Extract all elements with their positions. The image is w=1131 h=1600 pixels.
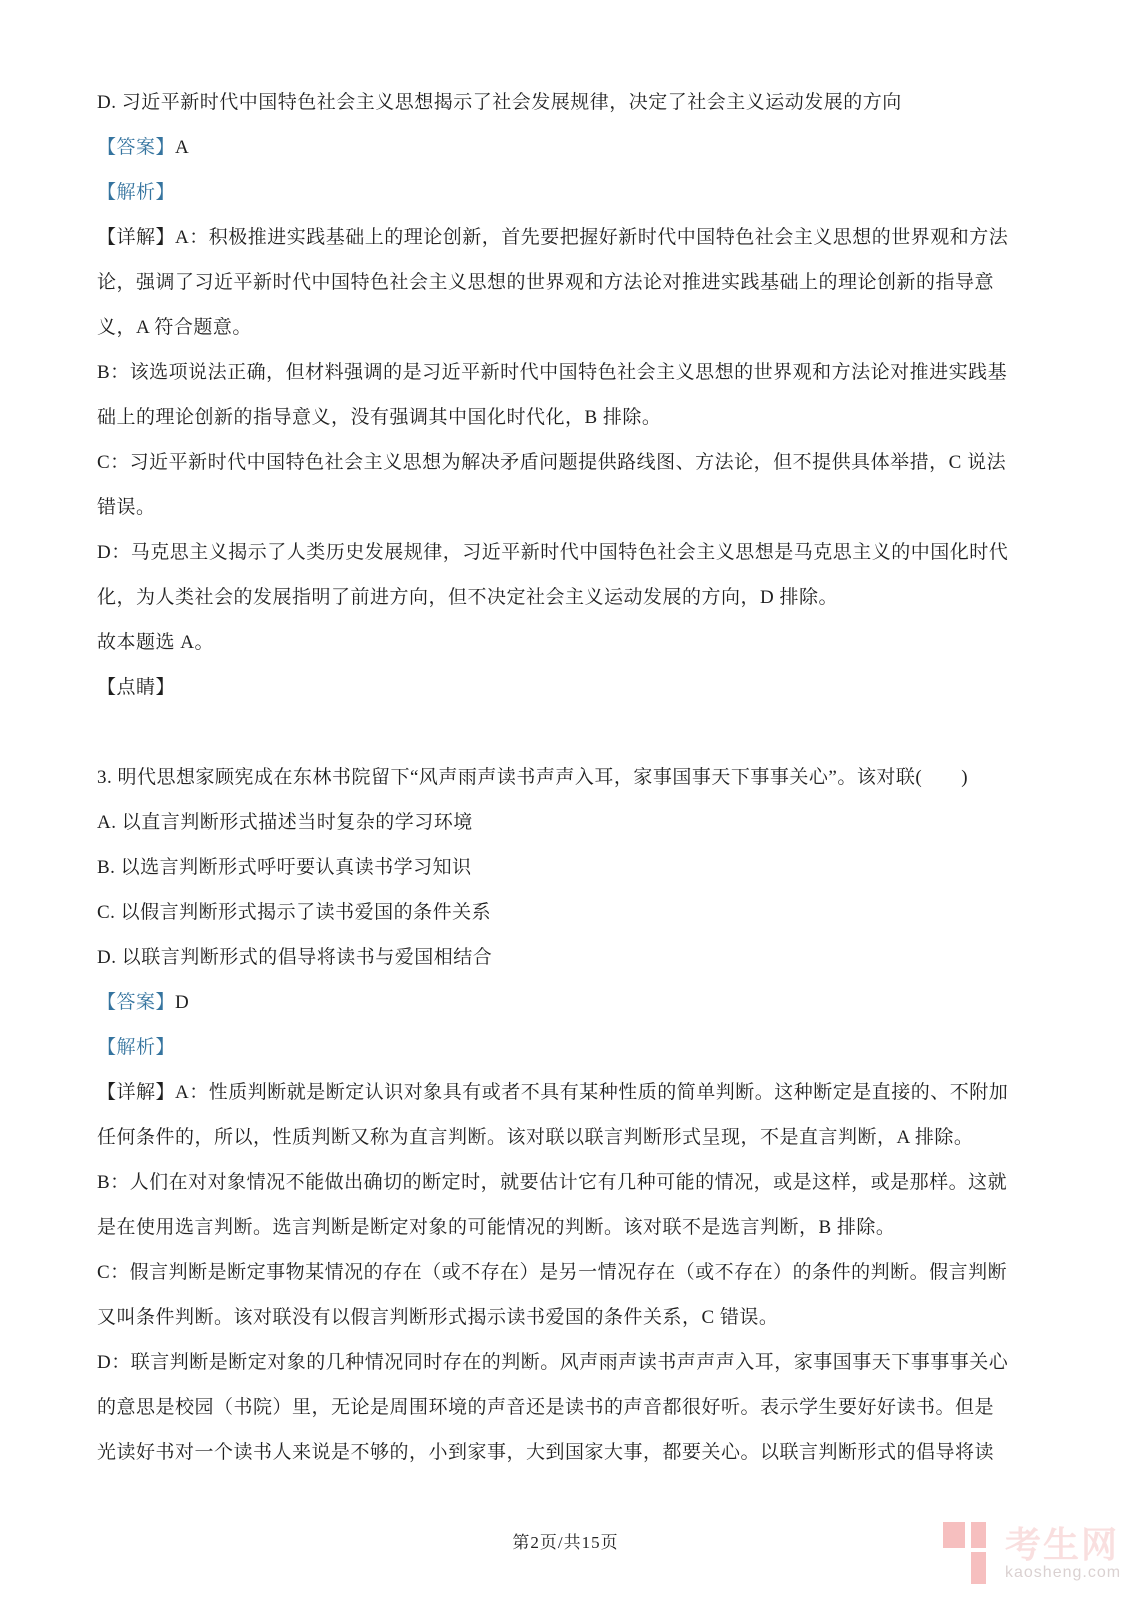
- option-line-a-q3: A. 以直言判断形式描述当时复杂的学习环境: [97, 800, 1037, 845]
- detail-line: B：人们在对对象情况不能做出确切的断定时，就要估计它有几种可能的情况，或是这样，…: [97, 1160, 1037, 1205]
- option-line-b-q3: B. 以选言判断形式呼吁要认真读书学习知识: [97, 845, 1037, 890]
- question-3-stem: 3. 明代思想家顾宪成在东林书院留下“风声雨声读书声声入耳，家事国事天下事事关心…: [97, 755, 1037, 800]
- bracket-label: 【解析】: [97, 1037, 175, 1058]
- analysis-label-line-q3: 【解析】: [97, 1025, 1037, 1070]
- document-page: D. 习近平新时代中国特色社会主义思想揭示了社会发展规律，决定了社会主义运动发展…: [0, 0, 1131, 1600]
- option-line-d-q2: D. 习近平新时代中国特色社会主义思想揭示了社会发展规律，决定了社会主义运动发展…: [97, 80, 1037, 125]
- conclusion-line-q2: 故本题选 A。: [97, 620, 1037, 665]
- label-value: A: [175, 137, 189, 158]
- tip-label-line: 【点睛】: [97, 665, 1037, 710]
- detail-line: 论，强调了习近平新时代中国特色社会主义思想的世界观和方法论对推进实践基础上的理论…: [97, 260, 1037, 305]
- detail-line: 础上的理论创新的指导意义，没有强调其中国化时代化，B 排除。: [97, 395, 1037, 440]
- detail-line: D：马克思主义揭示了人类历史发展规律，习近平新时代中国特色社会主义思想是马克思主…: [97, 530, 1037, 575]
- detail-line: B：该选项说法正确，但材料强调的是习近平新时代中国特色社会主义思想的世界观和方法…: [97, 350, 1037, 395]
- watermark-domain: kaosheng.com: [1005, 1565, 1121, 1581]
- detail-line: 化，为人类社会的发展指明了前进方向，但不决定社会主义运动发展的方向，D 排除。: [97, 575, 1037, 620]
- option-line-c-q3: C. 以假言判断形式揭示了读书爱国的条件关系: [97, 890, 1037, 935]
- label-value: D: [175, 992, 189, 1013]
- bracket-label: 【答案】: [97, 992, 175, 1013]
- detail-line: 任何条件的，所以，性质判断又称为直言判断。该对联以联言判断形式呈现，不是直言判断…: [97, 1115, 1037, 1160]
- detail-line: 是在使用选言判断。选言判断是断定对象的可能情况的判断。该对联不是选言判断，B 排…: [97, 1205, 1037, 1250]
- page-number: 第2页/共15页: [512, 1533, 618, 1552]
- analysis-label-line-q2: 【解析】: [97, 170, 1037, 215]
- detail-line: 错误。: [97, 485, 1037, 530]
- detail-line: D：联言判断是断定对象的几种情况同时存在的判断。风声雨声读书声声声入耳，家事国事…: [97, 1340, 1037, 1385]
- bracket-label: 【答案】: [97, 137, 175, 158]
- option-line-d-q3: D. 以联言判断形式的倡导将读书与爱国相结合: [97, 935, 1037, 980]
- blank-line: [97, 710, 1037, 755]
- detail-line: 【详解】A：性质判断就是断定认识对象具有或者不具有某种性质的简单判断。这种断定是…: [97, 1070, 1037, 1115]
- watermark-brand: 考生网: [1005, 1527, 1121, 1563]
- answer-line-q2: 【答案】A: [97, 125, 1037, 170]
- detail-line: 义，A 符合题意。: [97, 305, 1037, 350]
- kaosheng-logo-icon: [943, 1522, 995, 1586]
- detail-line: 光读好书对一个读书人来说是不够的，小到家事，大到国家大事，都要关心。以联言判断形…: [97, 1430, 1037, 1475]
- detail-line: 【详解】A：积极推进实践基础上的理论创新，首先要把握好新时代中国特色社会主义思想…: [97, 215, 1037, 260]
- detail-line: 的意思是校园（书院）里，无论是周围环境的声音还是读书的声音都很好听。表示学生要好…: [97, 1385, 1037, 1430]
- watermark-text: 考生网 kaosheng.com: [1005, 1527, 1121, 1581]
- detail-line: C：习近平新时代中国特色社会主义思想为解决矛盾问题提供路线图、方法论，但不提供具…: [97, 440, 1037, 485]
- answer-line-q3: 【答案】D: [97, 980, 1037, 1025]
- detail-line: C：假言判断是断定事物某情况的存在（或不存在）是另一情况存在（或不存在）的条件的…: [97, 1250, 1037, 1295]
- exam-answer-content: D. 习近平新时代中国特色社会主义思想揭示了社会发展规律，决定了社会主义运动发展…: [97, 80, 1037, 1475]
- detail-line: 又叫条件判断。该对联没有以假言判断形式揭示读书爱国的条件关系，C 错误。: [97, 1295, 1037, 1340]
- kaosheng-watermark: 考生网 kaosheng.com: [943, 1522, 1121, 1586]
- bracket-label: 【解析】: [97, 182, 175, 203]
